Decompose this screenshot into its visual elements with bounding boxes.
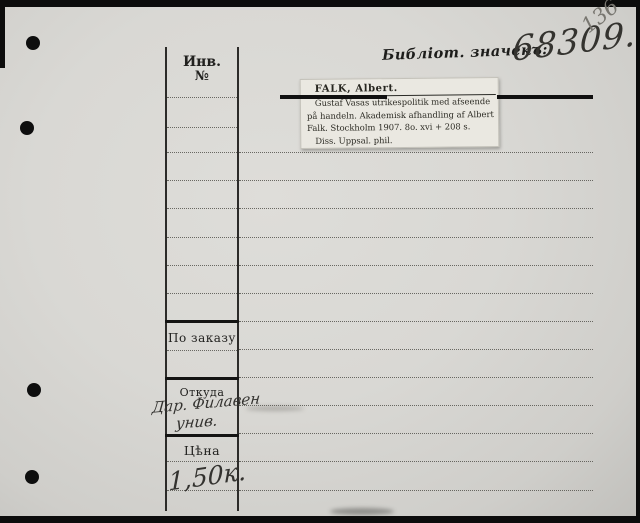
heavy-ink-line-right — [497, 95, 593, 99]
ruled-line-main — [239, 349, 593, 350]
hole-punch — [26, 36, 40, 50]
order-section-label: По заказу — [165, 331, 239, 345]
heavy-ink-line-left — [280, 95, 387, 99]
scan-border-left — [0, 0, 5, 68]
ruled-line-column — [167, 152, 237, 153]
ruled-line-main — [239, 377, 593, 378]
section-divider — [165, 320, 239, 323]
catalog-card-scan: Инв. № По заказу Откуда Цѣна Дар. Филаве… — [0, 0, 640, 523]
scan-border-bottom — [0, 516, 640, 523]
column-vertical-line-right — [237, 47, 239, 511]
pasted-label-body-line: Diss. Uppsal. phil. — [307, 133, 498, 148]
inventory-header-line2: № — [165, 69, 239, 84]
section-divider — [165, 434, 239, 437]
ruled-line-main — [239, 237, 593, 238]
ruled-line-main — [239, 321, 593, 322]
ruled-line-column — [167, 350, 237, 351]
ruled-line-main — [239, 265, 593, 266]
price-section-label: Цѣна — [165, 443, 239, 458]
ruled-line-main — [239, 433, 593, 434]
pasted-label-heading: FALK, Albert. — [315, 82, 498, 95]
scan-border-top — [0, 0, 640, 7]
hole-punch — [27, 383, 41, 397]
ruled-line-column — [167, 237, 237, 238]
ruled-line-main — [239, 152, 593, 153]
inventory-header-line1: Инв. — [165, 54, 239, 70]
ruled-line-column — [167, 127, 237, 128]
column-vertical-line-left — [165, 47, 167, 511]
section-divider — [165, 377, 239, 380]
library-stamp-number-handwritten: 68309. — [511, 14, 637, 70]
pencil-smudge — [246, 406, 304, 411]
ruled-line-column — [167, 293, 237, 294]
pasted-label-body-line: Falk. Stockholm 1907. 8o. xvi + 208 s. — [307, 120, 498, 135]
hole-punch — [20, 121, 34, 135]
ink-smudge — [330, 508, 394, 515]
ruled-line-main — [239, 490, 593, 491]
ruled-line-main — [239, 208, 593, 209]
scan-border-right — [636, 0, 640, 523]
pasted-label: FALK, Albert. Gustaf Vasas utrikespoliti… — [300, 77, 500, 149]
ruled-line-column — [167, 265, 237, 266]
ruled-line-main — [239, 180, 593, 181]
ruled-line-main — [239, 461, 593, 462]
hole-punch — [25, 470, 39, 484]
origin-handwriting-line2: унив. — [175, 411, 219, 432]
ruled-line-main — [239, 293, 593, 294]
ruled-line-column — [167, 97, 237, 98]
ruled-line-column — [167, 180, 237, 181]
ruled-line-column — [167, 208, 237, 209]
